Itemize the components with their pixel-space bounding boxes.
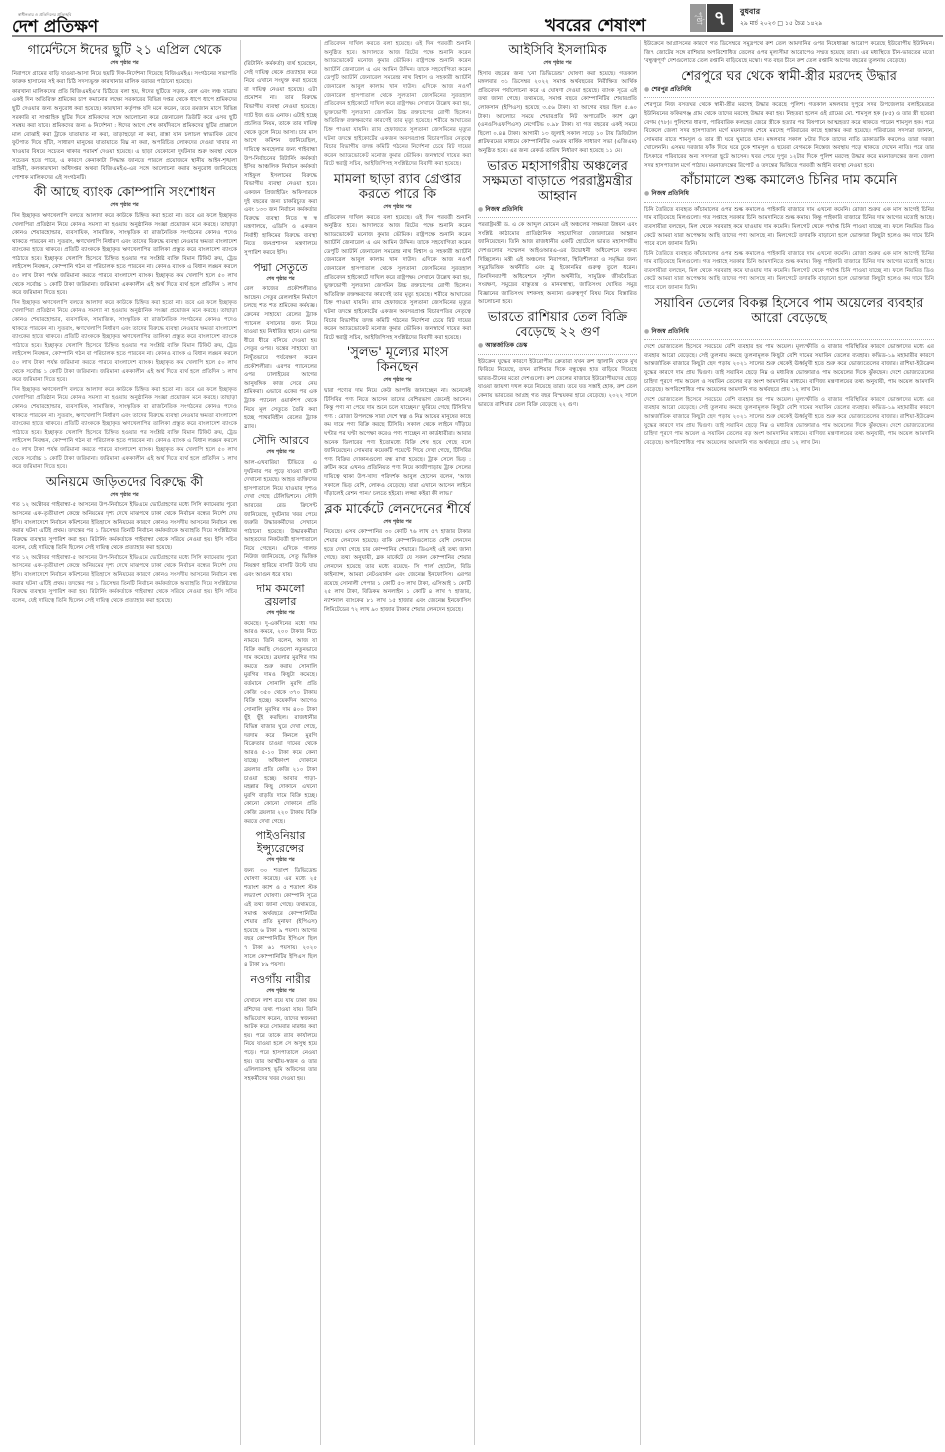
article-bank[interactable]: কী আছে ব্যাংক কোম্পানি সংশোধন শেষ পৃষ্ঠা… xyxy=(12,185,237,471)
article-naogaon[interactable]: নওগাঁয় নারীর শেষ পৃষ্ঠার পর যেখানে লাশ … xyxy=(244,973,317,1084)
byline: নিজস্ব প্রতিনিধি xyxy=(478,206,637,219)
article-indian-ocean[interactable]: ভারত মহাসাগরীয় অঞ্চলের সক্ষমতা বাড়াতে … xyxy=(478,159,637,308)
continued-label: শেষ পৃষ্ঠার পর xyxy=(324,518,471,527)
column-divider xyxy=(240,40,241,1445)
article-icb[interactable]: আইসিবি ইসলামিক শেষ পৃষ্ঠার পর হিসাব বছরে… xyxy=(478,43,637,156)
byline: নিজস্ব প্রতিনিধি xyxy=(644,328,934,341)
byline: আন্তর্জাতিক ডেস্ক xyxy=(478,342,637,355)
article-body: ইউক্রেন যুদ্ধের কারণে ইউরোপীয় ক্রেতারা … xyxy=(478,358,637,410)
article-sugar[interactable]: কাঁচামালে শুল্ক কমালেও চিনির দাম কমেনি ন… xyxy=(644,173,934,293)
headline[interactable]: নওগাঁয় নারীর xyxy=(244,973,317,986)
continued-label: শেষ পৃষ্ঠার পর xyxy=(324,203,471,212)
byline: নিজস্ব প্রতিনিধি xyxy=(644,190,934,203)
article-body: প্রতিবেদন দাখিল করতে বলা হয়েছে। ওই দিন … xyxy=(324,214,471,343)
masthead: স্বাধীনতার ও প্রতিদিনের প্রতিচ্ছবি দেশ প… xyxy=(0,0,945,36)
article-padma[interactable]: পদ্মা সেতুতে শেষ পৃষ্ঠার পর রেল কাজের প্… xyxy=(244,261,317,432)
continued-label: শেষ পৃষ্ঠার পর xyxy=(12,59,237,68)
headline[interactable]: সৌদি আরবে xyxy=(244,434,317,447)
article-body-cont: দেশে ভোজ্যতেল হিসেবে সবচেয়ে বেশি ব্যবহা… xyxy=(644,396,934,448)
headline[interactable]: কাঁচামালে শুল্ক কমালেও চিনির দাম কমেনি xyxy=(644,173,934,188)
article-body-cont: প্রতিবেদন দাখিল করতে বলা হয়েছে। ওই দিন … xyxy=(324,40,471,169)
article-lead: নিরাপদে গ্রামের বাড়ি যাওয়া-আসা নিয়ে ছ… xyxy=(12,70,237,87)
headline[interactable]: গার্মেন্টসে ঈদের ছুটি ২১ এপ্রিল থেকে xyxy=(12,43,237,58)
article-sherpur[interactable]: শেরপুরে ঘর থেকে স্বামী-স্ত্রীর মরদেহ উদ্… xyxy=(644,69,934,170)
article-body: হিসাব বছরের জন্য 'নো ডিভিডেন্ড' ঘোষণা কর… xyxy=(478,70,637,156)
column-right: ইউক্রেনে আগ্রাসনের কারণে গত ডিসেম্বরে সম… xyxy=(644,40,934,1445)
article-garments[interactable]: গার্মেন্টসে ঈদের ছুটি ২১ এপ্রিল থেকে শেষ… xyxy=(12,43,237,182)
headline[interactable]: কী আছে ব্যাংক কোম্পানি সংশোধন xyxy=(12,185,237,200)
article-irregularity[interactable]: অনিয়মে জড়িতদের বিরুদ্ধে কী শেষ পৃষ্ঠার… xyxy=(12,475,237,606)
masthead-rule xyxy=(12,35,943,37)
headline[interactable]: দাম কমলো ব্রয়লার xyxy=(244,582,317,608)
headline[interactable]: শেরপুরে ঘর থেকে স্বামী-স্ত্রীর মরদেহ উদ্… xyxy=(644,69,934,84)
headline[interactable]: মামলা ছাড়া র‍্যাব গ্রেপ্তার করতে পারে ক… xyxy=(324,172,471,202)
continued-label: শেষ পৃষ্ঠার পর xyxy=(244,856,317,865)
article-body-cont: গত ১২ অক্টোবর গাইবান্ধা-৫ আসনের উপ-নির্ব… xyxy=(12,554,237,606)
headline[interactable]: পাইওনিয়ার ইন্স্যুরেন্সের xyxy=(244,829,317,855)
headline[interactable]: ব্লক মার্কেটে লেনদেনের শীর্ষে xyxy=(324,502,471,517)
headline[interactable]: সয়াবিন তেলের বিকল্প হিসেবে পাম অয়েলের … xyxy=(644,296,934,326)
article-body: জন্য ৩০ শতাংশ ডিভিডেন্ড ঘোষণা করেছে। এর … xyxy=(244,867,317,970)
article-body: গত ১২ অক্টোবর গাইবান্ধা-৫ আসনের উপ-নির্ব… xyxy=(12,501,237,553)
continued-label: শেষ পৃষ্ঠার পর xyxy=(12,491,237,500)
article-rab[interactable]: মামলা ছাড়া র‍্যাব গ্রেপ্তার করতে পারে ক… xyxy=(324,172,471,343)
headline[interactable]: ভারত মহাসাগরীয় অঞ্চলের সক্ষমতা বাড়াতে … xyxy=(478,159,637,204)
article-broiler[interactable]: দাম কমলো ব্রয়লার শেষ পৃষ্ঠার পর কমেছে। … xyxy=(244,582,317,826)
issue-date: ২৯ মার্চ ২০২৩ □ ১৫ চৈত্র ১৪২৯ xyxy=(740,18,822,29)
article-body: যেখানে লাশ রয়ে যায় ঢাকা জম রশিদের তথ্য… xyxy=(244,997,317,1083)
headline[interactable]: আইসিবি ইসলামিক xyxy=(478,43,637,58)
article-sulov[interactable]: 'সুলভ' মূল্যের মাংস কিনছেন শেষ পৃষ্ঠার প… xyxy=(324,345,471,498)
article-body: নিয়েছে। এসব কোম্পানির ৩০ কোটি ৭৬ লাখ ৫৭… xyxy=(324,528,471,614)
newspaper-logo[interactable]: দেশ প্রতিক্ষণ xyxy=(12,14,98,42)
byline: শেরপুর প্রতিনিধি xyxy=(644,86,934,99)
article-body: আল-এখবারিয়া টিভিতে এ দুর্ঘটনার পর পুড়ে… xyxy=(244,459,317,579)
article-russia-oil[interactable]: ভারতে রাশিয়ার তেল বিক্রি বেড়েছে ২২ গুণ… xyxy=(478,310,637,409)
continued-label: শেষ পৃষ্ঠার পর xyxy=(324,376,471,385)
headline[interactable]: পদ্মা সেতুতে xyxy=(244,261,317,274)
page-label: পৃষ্ঠা xyxy=(690,4,706,32)
article-body: ইউক্রেনে আগ্রাসনের কারণে গত ডিসেম্বরে সম… xyxy=(644,40,934,66)
article-pioneer[interactable]: পাইওনিয়ার ইন্স্যুরেন্সের শেষ পৃষ্ঠার পর… xyxy=(244,829,317,970)
headline[interactable]: ভারতে রাশিয়ার তেল বিক্রি বেড়েছে ২২ গুণ xyxy=(478,310,637,340)
article-body: (রিটার্নিং কর্মকর্তা) ব্যর্থ হয়েছেন, সে… xyxy=(244,60,317,258)
continued-label: শেষ পৃষ্ঠার পর xyxy=(244,609,317,618)
article-body: পররাষ্ট্রমন্ত্রী ড. এ কে আব্দুল মোমেন এই… xyxy=(478,221,637,307)
article-body: দিন ইচ্ছাকৃত ঋণখেলাপি বলতে আলাদা করে কাউ… xyxy=(12,212,237,298)
continued-label: শেষ পৃষ্ঠার পর xyxy=(244,275,317,284)
continued-label: শেষ পৃষ্ঠার পর xyxy=(244,987,317,996)
article-soybean[interactable]: সয়াবিন তেলের বিকল্প হিসেবে পাম অয়েলের … xyxy=(644,296,934,448)
article-body-cont: দিন ইচ্ছাকৃত ঋণখেলাপি বলতে আলাদা করে কাউ… xyxy=(12,299,237,385)
continued-label: শেষ পৃষ্ঠার পর xyxy=(244,448,317,457)
article-body: চিনি তৈরিতে ব্যবহৃত কাঁচামালের ওপর শুল্ক… xyxy=(644,206,934,249)
page-number: ৭ xyxy=(707,4,733,32)
column-4: আইসিবি ইসলামিক শেষ পৃষ্ঠার পর হিসাব বছরে… xyxy=(478,40,637,1445)
headline[interactable]: অনিয়মে জড়িতদের বিরুদ্ধে কী xyxy=(12,475,237,490)
continued-label: শেষ পৃষ্ঠার পর xyxy=(478,59,637,68)
article-body: দেশে ভোজ্যতেল হিসেবে সবচেয়ে বেশি ব্যবহা… xyxy=(644,343,934,395)
continued-label: শেষ পৃষ্ঠার পর xyxy=(12,201,237,210)
column-3: প্রতিবেদন দাখিল করতে বলা হয়েছে। ওই দিন … xyxy=(324,40,471,1445)
headline[interactable]: 'সুলভ' মূল্যের মাংস কিনছেন xyxy=(324,345,471,375)
article-body-cont: চিনি তৈরিতে ব্যবহৃত কাঁচামালের ওপর শুল্ক… xyxy=(644,250,934,293)
article-body: কমেছে। দু-একদিনের মধ্যে দাম আরও কমবে, ২০… xyxy=(244,620,317,826)
article-body: রেল কাজের প্রকৌশলীরাও আছেন। সেতুর রেললাই… xyxy=(244,285,317,431)
article-body-cont: দিন ইচ্ছাকৃত ঋণখেলাপি বলতে আলাদা করে কাউ… xyxy=(12,386,237,472)
column-divider xyxy=(320,40,321,1445)
column-divider xyxy=(640,40,641,1445)
article-body: দ্বারা পণ্যের দাম নিয়ে কেউ আপত্তি জানাচ… xyxy=(324,387,471,499)
column-left: গার্মেন্টসে ঈদের ছুটি ২১ এপ্রিল থেকে শেষ… xyxy=(12,40,237,1445)
article-body: কারখানা মালিকদের প্রতি বিজিএমইএ'র চিঠিতে… xyxy=(12,88,237,183)
article-blackmarket[interactable]: ব্লক মার্কেটে লেনদেনের শীর্ষে শেষ পৃষ্ঠা… xyxy=(324,502,471,615)
column-divider xyxy=(474,40,475,1445)
article-body: শেরপুরে নিজ বসতঘর থেকে স্বামী-স্ত্রীর মর… xyxy=(644,101,934,170)
article-saudi[interactable]: সৌদি আরবে শেষ পৃষ্ঠার পর আল-এখবারিয়া টি… xyxy=(244,434,317,579)
column-2: (রিটার্নিং কর্মকর্তা) ব্যর্থ হয়েছেন, সে… xyxy=(244,60,317,1445)
